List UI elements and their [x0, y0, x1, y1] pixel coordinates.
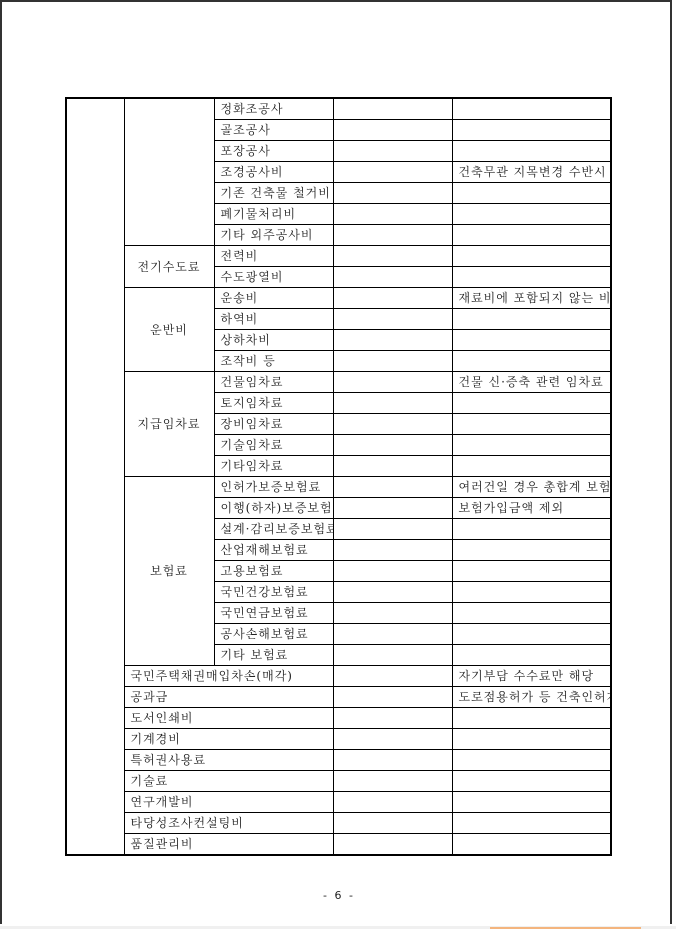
item-name: 상하차비 [214, 330, 333, 351]
item-note: 자기부담 수수료만 해당 [452, 666, 611, 687]
item-note [452, 225, 611, 246]
item-value [333, 708, 452, 729]
item-note [452, 414, 611, 435]
item-name: 전력비 [214, 246, 333, 267]
group-label: 전기수도료 [124, 246, 214, 288]
item-name: 기술임차료 [214, 435, 333, 456]
item-value [333, 204, 452, 225]
table-row: 타당성조사컨설팅비 [66, 813, 611, 834]
item-name: 기계경비 [124, 729, 333, 750]
item-value [333, 246, 452, 267]
item-name: 폐기물처리비 [214, 204, 333, 225]
item-note [452, 456, 611, 477]
item-value [333, 414, 452, 435]
item-value [333, 477, 452, 498]
item-note [452, 540, 611, 561]
item-note: 건축무관 지목변경 수반시 별도 신고 [452, 162, 611, 183]
item-name: 장비임차료 [214, 414, 333, 435]
item-name: 포장공사 [214, 141, 333, 162]
table-row: 지급임차료 건물임차료 건물 신·증축 관련 임차료 [66, 372, 611, 393]
group-label [124, 98, 214, 246]
table-row: 정화조공사 [66, 98, 611, 120]
item-note: 도로점용허가 등 건축인허가 관련 [452, 687, 611, 708]
cost-item-table: 정화조공사 골조공사 포장공사 조경공사비 건축무관 지목변경 수반시 별도 신… [65, 97, 612, 856]
page-number: - 6 - [0, 889, 676, 902]
item-name: 연구개발비 [124, 792, 333, 813]
item-note [452, 519, 611, 540]
item-name: 국민연금보험료 [214, 603, 333, 624]
table-row: 기술료 [66, 771, 611, 792]
item-value [333, 603, 452, 624]
item-name: 하역비 [214, 309, 333, 330]
item-name: 국민건강보험료 [214, 582, 333, 603]
table-row: 운반비 운송비 재료비에 포함되지 않는 비용 [66, 288, 611, 309]
item-name: 공과금 [124, 687, 333, 708]
item-value [333, 288, 452, 309]
item-note [452, 582, 611, 603]
item-note [452, 834, 611, 856]
item-name: 기타임차료 [214, 456, 333, 477]
item-note: 보험가입금액 제외 [452, 498, 611, 519]
item-name: 특허권사용료 [124, 750, 333, 771]
item-value [333, 141, 452, 162]
table-row: 공과금 도로점용허가 등 건축인허가 관련 [66, 687, 611, 708]
item-note [452, 267, 611, 288]
item-name: 산업재해보험료 [214, 540, 333, 561]
item-value [333, 645, 452, 666]
item-value [333, 582, 452, 603]
table-row: 보험료 인허가보증보험료 여러건일 경우 총합계 보험료 [66, 477, 611, 498]
item-name: 조작비 등 [214, 351, 333, 372]
item-note: 여러건일 경우 총합계 보험료 [452, 477, 611, 498]
item-name: 고용보험료 [214, 561, 333, 582]
item-name: 정화조공사 [214, 98, 333, 120]
item-value [333, 435, 452, 456]
item-value [333, 120, 452, 141]
item-value [333, 330, 452, 351]
item-note [452, 624, 611, 645]
item-value [333, 456, 452, 477]
item-name: 품질관리비 [124, 834, 333, 856]
item-value [333, 225, 452, 246]
item-name: 기타 외주공사비 [214, 225, 333, 246]
group-label: 운반비 [124, 288, 214, 372]
item-note [452, 120, 611, 141]
item-value [333, 393, 452, 414]
item-name: 도서인쇄비 [124, 708, 333, 729]
item-name: 운송비 [214, 288, 333, 309]
item-name: 기존 건축물 철거비 [214, 183, 333, 204]
item-value [333, 771, 452, 792]
item-note [452, 98, 611, 120]
item-note [452, 645, 611, 666]
item-value [333, 687, 452, 708]
item-note [452, 603, 611, 624]
item-value [333, 98, 452, 120]
item-value [333, 309, 452, 330]
item-note [452, 330, 611, 351]
item-value [333, 792, 452, 813]
item-note [452, 204, 611, 225]
item-note: 재료비에 포함되지 않는 비용 [452, 288, 611, 309]
item-note [452, 246, 611, 267]
item-name: 인허가보증보험료 [214, 477, 333, 498]
category-cell [66, 98, 124, 855]
item-name: 설계·감리보증보험료 [214, 519, 333, 540]
item-name: 공사손해보험료 [214, 624, 333, 645]
page-number-text: - 6 - [323, 889, 355, 902]
table-row: 품질관리비 [66, 834, 611, 856]
table-row: 특허권사용료 [66, 750, 611, 771]
item-value [333, 624, 452, 645]
item-name: 토지임차료 [214, 393, 333, 414]
item-value [333, 267, 452, 288]
item-value [333, 498, 452, 519]
item-note [452, 771, 611, 792]
table-row: 국민주택채권매입차손(매각) 자기부담 수수료만 해당 [66, 666, 611, 687]
item-note [452, 561, 611, 582]
item-note [452, 393, 611, 414]
item-note [452, 183, 611, 204]
item-value [333, 372, 452, 393]
table-row: 도서인쇄비 [66, 708, 611, 729]
item-value [333, 519, 452, 540]
item-name: 건물임차료 [214, 372, 333, 393]
item-note [452, 708, 611, 729]
group-label: 지급임차료 [124, 372, 214, 477]
item-note [452, 435, 611, 456]
item-name: 수도광열비 [214, 267, 333, 288]
item-note [452, 792, 611, 813]
item-name: 국민주택채권매입차손(매각) [124, 666, 333, 687]
item-note [452, 141, 611, 162]
group-label: 보험료 [124, 477, 214, 666]
item-note: 건물 신·증축 관련 임차료 [452, 372, 611, 393]
item-value [333, 729, 452, 750]
item-value [333, 183, 452, 204]
table-row: 기계경비 [66, 729, 611, 750]
item-value [333, 351, 452, 372]
item-name: 기술료 [124, 771, 333, 792]
item-value [333, 813, 452, 834]
item-name: 이행(하자)보증보험료 [214, 498, 333, 519]
item-note [452, 729, 611, 750]
item-value [333, 162, 452, 183]
item-note [452, 813, 611, 834]
item-name: 기타 보험료 [214, 645, 333, 666]
item-note [452, 351, 611, 372]
item-value [333, 750, 452, 771]
item-note [452, 309, 611, 330]
table-row: 전기수도료 전력비 [66, 246, 611, 267]
item-value [333, 666, 452, 687]
item-name: 타당성조사컨설팅비 [124, 813, 333, 834]
item-value [333, 561, 452, 582]
table-row: 연구개발비 [66, 792, 611, 813]
item-name: 골조공사 [214, 120, 333, 141]
item-name: 조경공사비 [214, 162, 333, 183]
item-note [452, 750, 611, 771]
item-value [333, 540, 452, 561]
item-value [333, 834, 452, 856]
